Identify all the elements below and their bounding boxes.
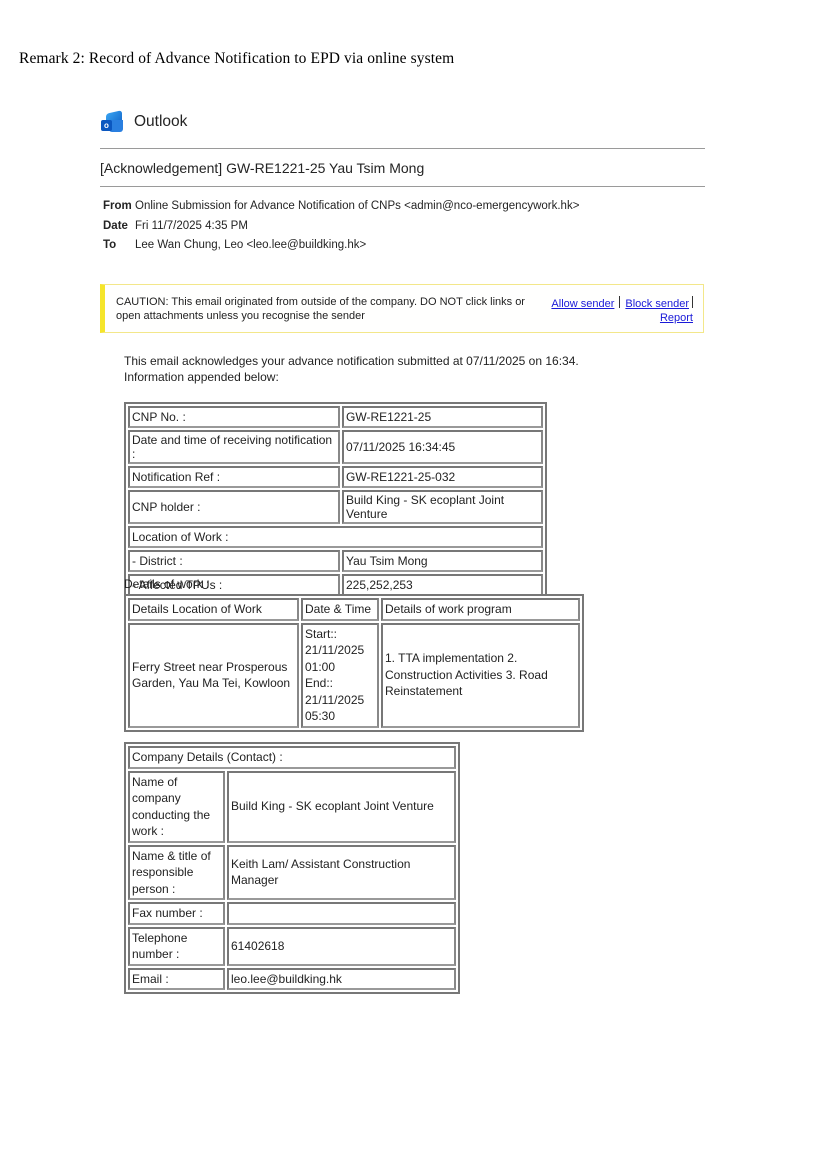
block-sender-link[interactable]: Block sender xyxy=(625,298,689,310)
email-subject: [Acknowledgement] GW-RE1221-25 Yau Tsim … xyxy=(100,160,424,176)
to-field: ToLee Wan Chung, Leo <leo.lee@buildking.… xyxy=(103,239,366,251)
date-field: DateFri 11/7/2025 4:35 PM xyxy=(103,220,248,232)
table-row: Fax number : xyxy=(128,902,456,925)
table-row: Notification Ref : GW-RE1221-25-032 xyxy=(128,466,543,488)
table-row: Name of company conducting the work : Bu… xyxy=(128,771,456,843)
cell-label: CNP No. : xyxy=(128,406,340,428)
cell-label: Location of Work : xyxy=(128,526,543,548)
company-details-header: Company Details (Contact) : xyxy=(128,746,456,769)
outlook-brand: o Outlook xyxy=(101,111,187,133)
table-row: Date and time of receiving notification … xyxy=(128,430,543,464)
details-of-work-label: Details of work : xyxy=(124,577,209,591)
allow-sender-link[interactable]: Allow sender xyxy=(551,298,614,310)
cell-value: 07/11/2025 16:34:45 xyxy=(342,430,543,464)
column-header: Date & Time xyxy=(301,598,379,621)
remark-heading: Remark 2: Record of Advance Notification… xyxy=(19,50,454,68)
cell-label: Date and time of receiving notification … xyxy=(128,430,340,464)
cell-label: Telephone number : xyxy=(128,927,225,966)
notification-table: CNP No. : GW-RE1221-25 Date and time of … xyxy=(124,402,547,600)
column-header: Details Location of Work xyxy=(128,598,299,621)
column-header: Details of work program xyxy=(381,598,580,621)
cell-value xyxy=(227,902,456,925)
to-label: To xyxy=(103,239,135,251)
datetime-line: 21/11/2025 xyxy=(305,642,375,659)
table-header-row: Company Details (Contact) : xyxy=(128,746,456,769)
divider xyxy=(100,148,705,149)
cell-value: leo.lee@buildking.hk xyxy=(227,968,456,991)
body-line-1: This email acknowledges your advance not… xyxy=(124,354,579,370)
cell-value: 61402618 xyxy=(227,927,456,966)
table-row: Ferry Street near Prosperous Garden, Yau… xyxy=(128,623,580,728)
date-value: Fri 11/7/2025 4:35 PM xyxy=(135,220,248,232)
separator xyxy=(692,296,693,308)
details-of-work-table: Details Location of Work Date & Time Det… xyxy=(124,594,584,732)
datetime-line: 21/11/2025 xyxy=(305,692,375,709)
cell-value: GW-RE1221-25 xyxy=(342,406,543,428)
cell-label: Notification Ref : xyxy=(128,466,340,488)
datetime-line: 01:00 xyxy=(305,659,375,676)
cell-value: Yau Tsim Mong xyxy=(342,550,543,572)
table-row: Email : leo.lee@buildking.hk xyxy=(128,968,456,991)
email-body-intro: This email acknowledges your advance not… xyxy=(124,354,579,385)
to-value: Lee Wan Chung, Leo <leo.lee@buildking.hk… xyxy=(135,239,366,251)
table-row: CNP No. : GW-RE1221-25 xyxy=(128,406,543,428)
date-label: Date xyxy=(103,220,135,232)
caution-actions: Allow senderBlock sender Report xyxy=(523,296,693,325)
datetime-line: 05:30 xyxy=(305,708,375,725)
table-row: Telephone number : 61402618 xyxy=(128,927,456,966)
datetime-line: End:: xyxy=(305,675,375,692)
cell-datetime: Start:: 21/11/2025 01:00 End:: 21/11/202… xyxy=(301,623,379,728)
cell-label: Email : xyxy=(128,968,225,991)
from-label: From xyxy=(103,200,135,212)
cell-value: Keith Lam/ Assistant Construction Manage… xyxy=(227,845,456,901)
company-details-table: Company Details (Contact) : Name of comp… xyxy=(124,742,460,994)
table-row: CNP holder : Build King - SK ecoplant Jo… xyxy=(128,490,543,524)
cell-value: GW-RE1221-25-032 xyxy=(342,466,543,488)
cell-value: 225,252,253 xyxy=(342,574,543,596)
datetime-line: Start:: xyxy=(305,626,375,643)
from-value: Online Submission for Advance Notificati… xyxy=(135,200,579,212)
app-name: Outlook xyxy=(134,113,187,131)
table-row: - District : Yau Tsim Mong xyxy=(128,550,543,572)
cell-location: Ferry Street near Prosperous Garden, Yau… xyxy=(128,623,299,728)
cell-label: Name & title of responsible person : xyxy=(128,845,225,901)
separator xyxy=(619,296,620,308)
divider xyxy=(100,186,705,187)
caution-banner: CAUTION: This email originated from outs… xyxy=(100,284,704,333)
cell-label: Name of company conducting the work : xyxy=(128,771,225,843)
cell-program: 1. TTA implementation 2. Construction Ac… xyxy=(381,623,580,728)
table-row: Location of Work : xyxy=(128,526,543,548)
from-field: FromOnline Submission for Advance Notifi… xyxy=(103,200,579,212)
report-link[interactable]: Report xyxy=(660,312,693,324)
table-header-row: Details Location of Work Date & Time Det… xyxy=(128,598,580,621)
table-row: Name & title of responsible person : Kei… xyxy=(128,845,456,901)
cell-label: Fax number : xyxy=(128,902,225,925)
cell-label: - District : xyxy=(128,550,340,572)
outlook-logo-icon: o xyxy=(101,111,123,133)
cell-label: CNP holder : xyxy=(128,490,340,524)
cell-value: Build King - SK ecoplant Joint Venture xyxy=(342,490,543,524)
body-line-2: Information appended below: xyxy=(124,370,579,386)
caution-text: CAUTION: This email originated from outs… xyxy=(116,296,526,323)
cell-value: Build King - SK ecoplant Joint Venture xyxy=(227,771,456,843)
